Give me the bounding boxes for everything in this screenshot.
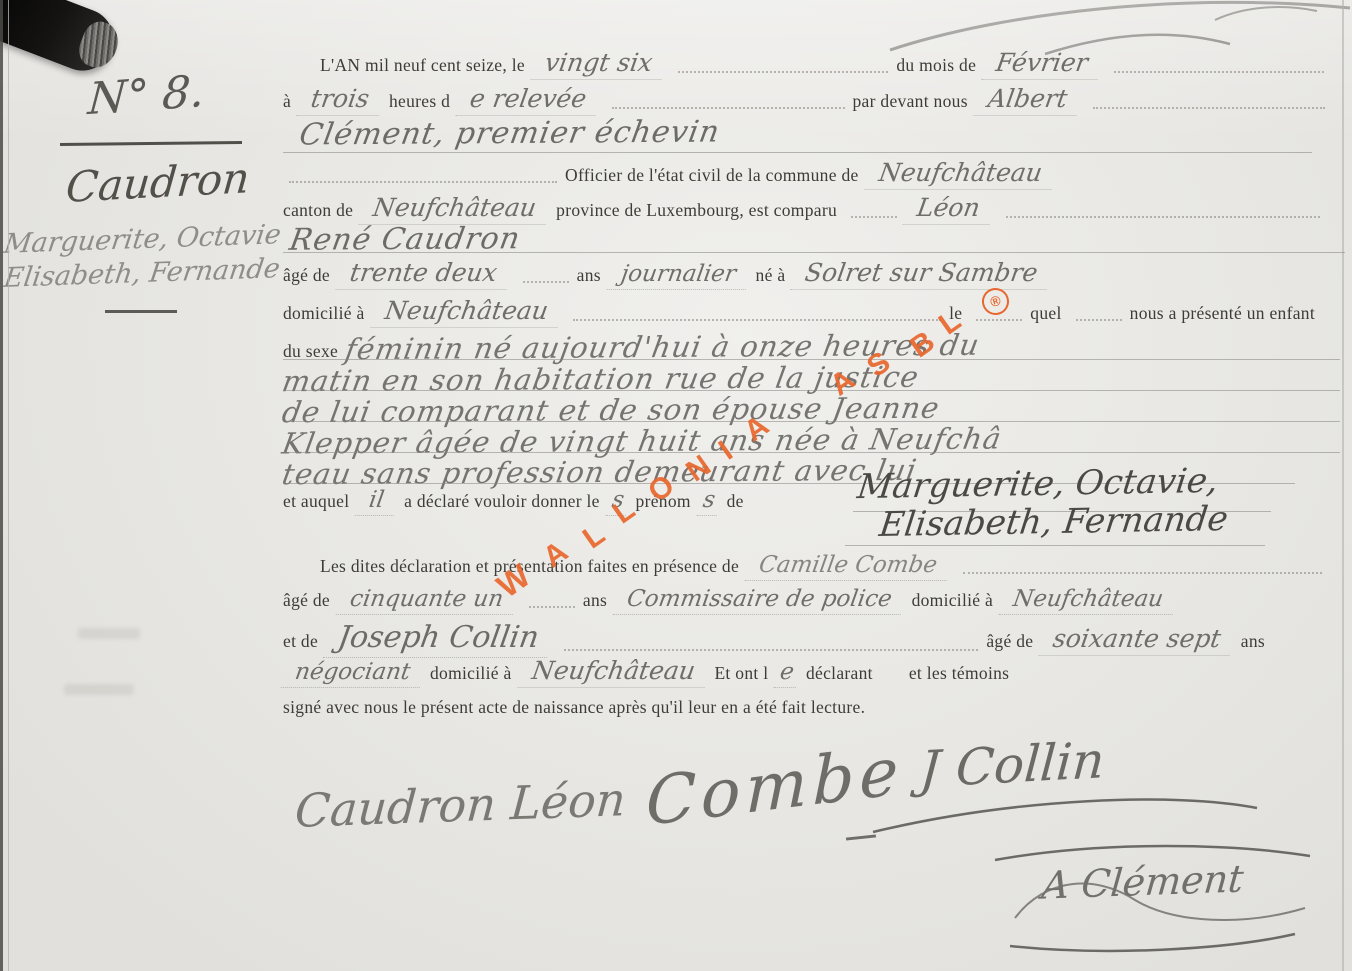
body-line-1: L'AN mil neuf cent seize, le vingt six d… [320, 48, 1332, 80]
handwritten-witness2-domicile: Neufchâteau [517, 656, 709, 688]
page-left-edge [0, 0, 3, 971]
handwritten-child-names-2: Elisabeth, Fernande [877, 499, 1230, 545]
handwritten-witness2-name: Joseph Collin [323, 620, 553, 658]
body-line-2: à trois heures d e relevée par devant no… [283, 84, 1333, 116]
body-line-20: signé avec nous le présent acte de naiss… [283, 697, 873, 718]
handwritten-witness1-domicile: Neufchâteau [999, 586, 1177, 615]
body-line-16: Les dites déclaration et présentation fa… [320, 552, 1330, 581]
dotted-leader [1006, 210, 1320, 218]
margin-end-line [105, 310, 177, 313]
printed-text: de [727, 491, 744, 512]
handwritten-witness1-name: Camille Combe [745, 552, 951, 581]
dotted-leader [529, 600, 575, 608]
page-left-crease [8, 0, 9, 971]
printed-text: âgé de [283, 590, 330, 611]
ruled-line [283, 152, 1312, 153]
printed-text: signé avec nous le présent acte de naiss… [283, 697, 865, 718]
printed-text: domicilié à [283, 303, 365, 324]
printed-text: Et ont l [714, 663, 768, 684]
body-line-4: Officier de l'état civil de la commune d… [283, 158, 1323, 190]
dotted-leader [564, 643, 978, 651]
handwritten-period: e relevée [456, 84, 601, 116]
printed-text: heures d [389, 91, 450, 112]
handwritten-declarant-firstname: Léon [902, 193, 994, 225]
dotted-leader [523, 275, 569, 283]
printed-text: et les témoins [909, 663, 1009, 684]
signature-witness2-flourish [865, 792, 1265, 840]
handwritten-birthplace: Solret sur Sambre [791, 258, 1052, 290]
birth-certificate-scan: N° 8. Caudron Marguerite, Octavie Elisab… [0, 0, 1352, 971]
handwritten-plural-s: s [697, 487, 721, 516]
signature-declarant: Caudron Léon [293, 772, 627, 838]
handwritten-officer-firstname: Albert [973, 84, 1081, 116]
printed-text: quel [1030, 303, 1061, 324]
printed-text: ans [583, 590, 607, 611]
printed-text: âgé de [986, 631, 1033, 652]
handwritten-witness2-profession: négociant [281, 659, 425, 688]
handwritten-month: Février [982, 48, 1103, 80]
handwritten-witness1-profession: Commissaire de police [613, 586, 906, 615]
printed-text: par devant nous [853, 91, 968, 112]
printed-text: province de Luxembourg, est comparu [556, 200, 837, 221]
printed-text: domicilié à [430, 663, 512, 684]
handwritten-article-e: e [774, 659, 800, 688]
body-line-5: canton de Neufchâteau province de Luxemb… [283, 193, 1328, 225]
printed-text: et de [283, 631, 318, 652]
ruled-line [283, 252, 1345, 253]
dotted-leader [289, 175, 557, 183]
dotted-leader [963, 566, 1322, 574]
printed-text: a déclaré vouloir donner le [404, 491, 600, 512]
dotted-leader [1093, 101, 1325, 109]
printed-text: à [283, 91, 291, 112]
handwritten-pronoun: il [355, 487, 398, 516]
signature-officer: A Clément [1040, 856, 1245, 907]
dotted-leader [612, 101, 844, 109]
body-line-19: négociant domicilié à Neufchâteau Et ont… [283, 656, 1283, 688]
signature-witness2: J Collin [918, 731, 1106, 799]
body-line-18: et de Joseph Collin âgé de soixante sept… [283, 620, 1273, 658]
margin-surname: Caudron [64, 153, 252, 212]
handwritten-day: vingt six [530, 48, 666, 80]
margin-given-names-2: Elisabeth, Fernande [2, 253, 282, 294]
printed-text: âgé de [283, 265, 330, 286]
printed-text: déclarant [806, 663, 873, 684]
dotted-leader [1076, 313, 1122, 321]
handwritten-commune: Neufchâteau [864, 158, 1056, 190]
printed-text: Officier de l'état civil de la commune d… [565, 165, 859, 186]
dotted-leader [573, 313, 941, 321]
body-line-17: âgé de cinquante un ans Commissaire de p… [283, 586, 1333, 615]
dotted-leader [851, 210, 897, 218]
watermark-letter: L [577, 518, 612, 556]
printed-text: ans [577, 265, 601, 286]
dotted-leader [1114, 65, 1324, 73]
printed-text: Les dites déclaration et présentation fa… [320, 556, 739, 577]
printed-text: L'AN mil neuf cent seize, le [320, 55, 525, 76]
ruled-line [845, 545, 1265, 546]
printed-text: et auquel [283, 491, 349, 512]
handwritten-mother-residence: teau sans profession demeurant avec lui [280, 453, 920, 491]
act-number: N° 8. [86, 66, 206, 126]
handwritten-hour: trois [297, 84, 384, 116]
printed-text: nous a présenté un enfant [1130, 303, 1315, 324]
printed-text: canton de [283, 200, 353, 221]
handwritten-profession: journalier [607, 261, 750, 290]
printed-text: du mois de [896, 55, 976, 76]
dotted-leader [678, 65, 888, 73]
handwritten-witness2-age: soixante sept [1039, 624, 1236, 656]
handwritten-age: trente deux [335, 258, 511, 290]
handwritten-officer-name-title: Clément, premier échevin [297, 115, 723, 153]
handwritten-domicile: Neufchâteau [370, 296, 562, 328]
handwritten-witness1-age: cinquante un [336, 586, 517, 615]
printed-text: domicilié à [912, 590, 994, 611]
body-line-3: Clément, premier échevin [300, 116, 1312, 151]
printed-text: né à [756, 265, 786, 286]
handwritten-canton: Neufchâteau [359, 193, 551, 225]
body-line-7: âgé de trente deux ans journalier né à S… [283, 258, 1345, 290]
printed-text: ans [1241, 631, 1265, 652]
body-line-8: domicilié à Neufchâteau le quel nous a p… [283, 296, 1323, 328]
margin-underline [60, 141, 242, 145]
